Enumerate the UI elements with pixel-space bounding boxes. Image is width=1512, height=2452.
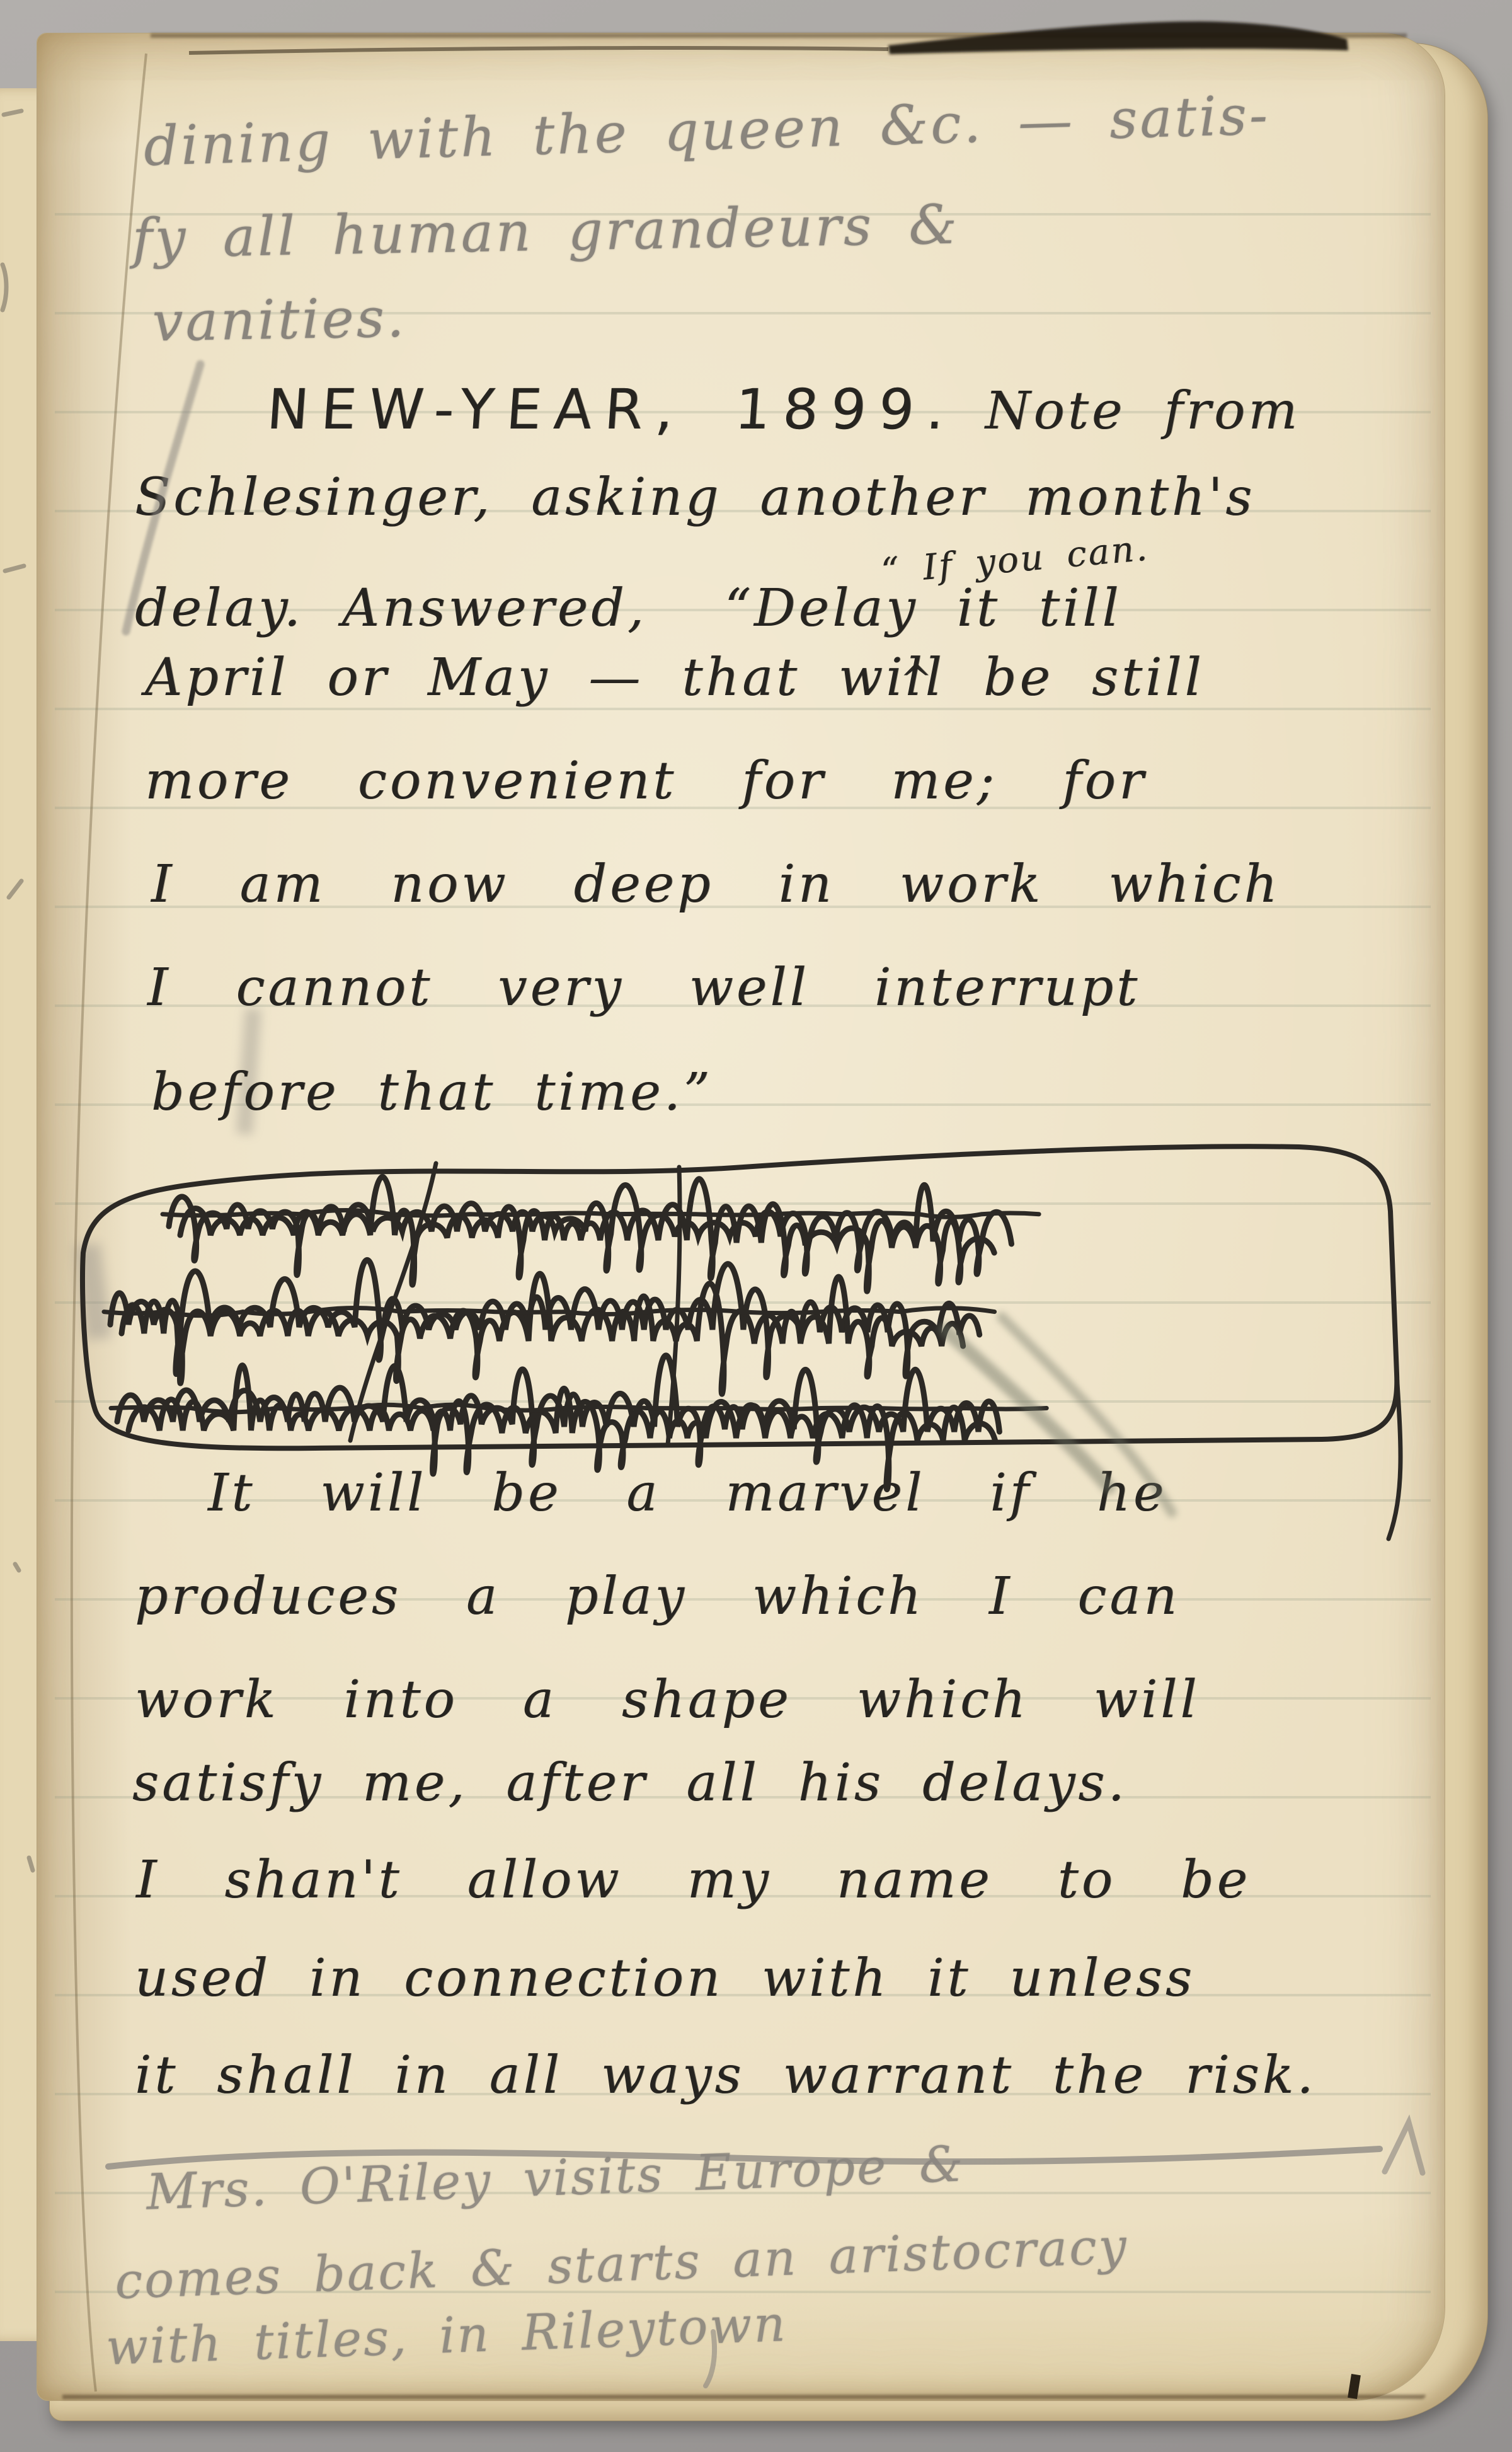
entry-line: I cannot very well interrupt bbox=[147, 958, 1140, 1018]
entry-line: Schlesinger, asking another month's bbox=[135, 468, 1255, 527]
paragraph2-line: I shan't allow my name to be bbox=[136, 1850, 1251, 1910]
paragraph2-line: it shall in all ways warrant the risk. bbox=[135, 2046, 1316, 2105]
paragraph2-line: It will be a marvel if he bbox=[208, 1463, 1167, 1523]
entry-line: I am now deep in work which bbox=[151, 855, 1280, 914]
entry-line: April or May — that will be still bbox=[145, 648, 1205, 708]
paragraph2-line: produces a play which I can bbox=[135, 1567, 1180, 1626]
entry-date: NEW-YEAR, 1899. bbox=[265, 377, 959, 442]
scanned-notebook-photo: { "document": { "kind": "handwritten not… bbox=[0, 0, 1512, 2452]
entry-line: before that time.” bbox=[151, 1062, 713, 1122]
paragraph2-line: work into a shape which will bbox=[135, 1670, 1200, 1730]
paragraph2-line: satisfy me, after all his delays. bbox=[132, 1753, 1128, 1813]
entry-line-pre-insertion: delay. Answered, bbox=[135, 578, 647, 638]
paragraph2-line: used in connection with it unless bbox=[135, 1948, 1195, 2008]
pencil-note-top-line: vanities. bbox=[152, 286, 407, 354]
entry-line: more convenient for me; for bbox=[145, 751, 1147, 811]
entry-heading-script: Note from bbox=[985, 381, 1300, 441]
entry-heading: NEW-YEAR, 1899.Note from bbox=[267, 377, 1300, 442]
entry-line-post-insertion: “Delay it till bbox=[724, 578, 1122, 638]
